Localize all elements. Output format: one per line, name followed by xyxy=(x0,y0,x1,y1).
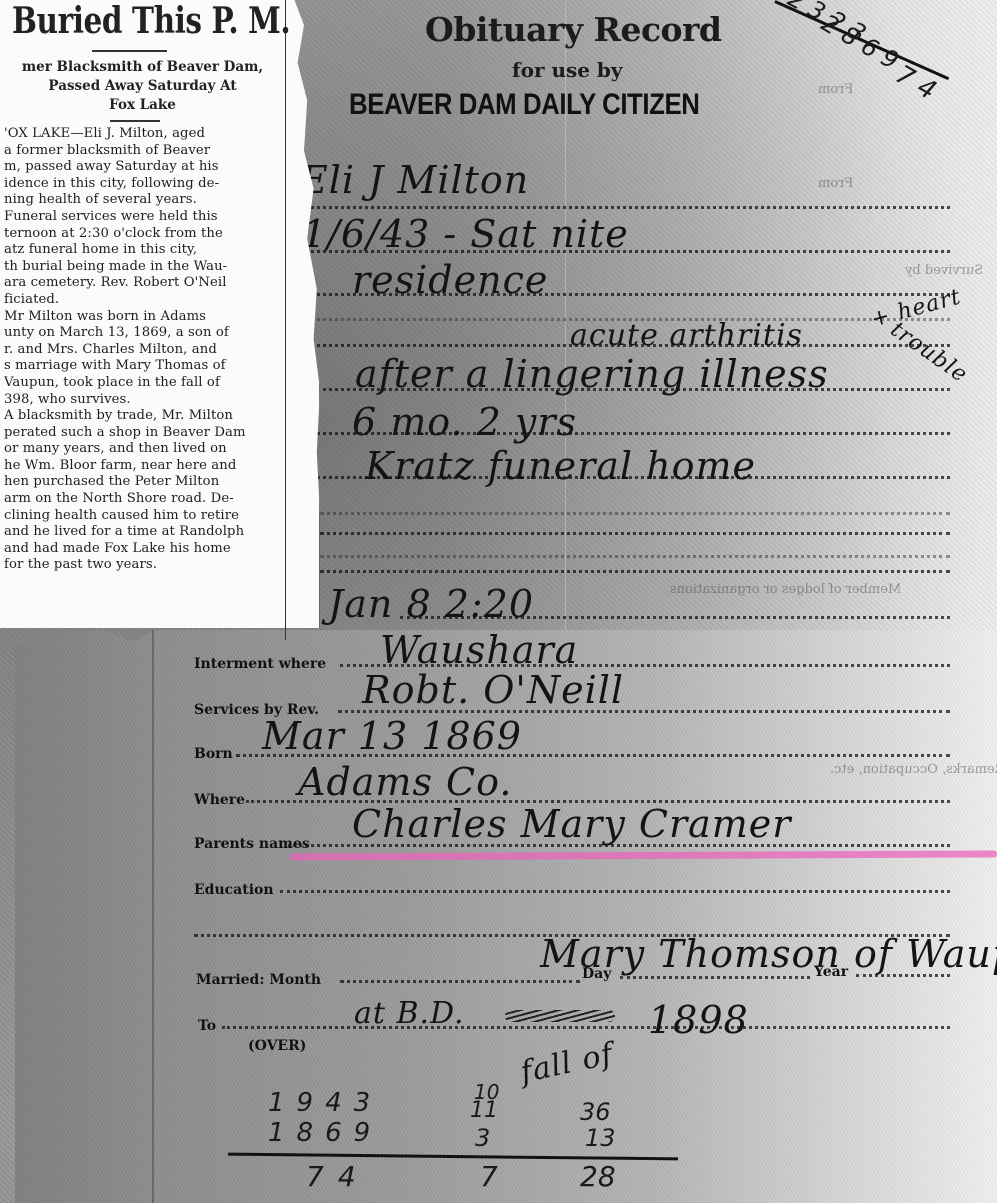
clipping-subhead-1: mer Blacksmith of Beaver Dam, xyxy=(0,58,285,77)
clipping-body: 'OX LAKE—Eli J. Milton, aged a former bl… xyxy=(4,126,284,574)
hw-services: Robt. O'Neill xyxy=(362,668,624,712)
clipping-line: clining health caused him to retire xyxy=(4,508,284,525)
show-through-from-2: From xyxy=(818,176,853,191)
label-to: To xyxy=(198,1018,216,1034)
clipping-line: ternoon at 2:30 o'clock from the xyxy=(4,226,284,243)
form-line xyxy=(300,206,950,209)
clipping-line: and he lived for a time at Randolph xyxy=(4,524,284,541)
label-married-month: Married: Month xyxy=(196,972,321,988)
clipping-line: ara cemetery. Rev. Robert O'Neil xyxy=(4,275,284,292)
to-field-line xyxy=(222,1026,950,1029)
label-education: Education xyxy=(194,882,274,898)
form-line xyxy=(320,532,950,535)
clipping-line: he Wm. Bloor farm, near here and xyxy=(4,458,284,475)
label-over: (OVER) xyxy=(248,1038,306,1054)
fold-crease-lower xyxy=(152,630,154,1203)
clipping-line: hen purchased the Peter Milton xyxy=(4,474,284,491)
hw-married-year: 1898 xyxy=(648,998,749,1042)
clipping-line: unty on March 13, 1869, a son of xyxy=(4,325,284,342)
hw-duration: 6 mo. 2 yrs xyxy=(352,400,577,444)
clipping-headline: Buried This P. M. xyxy=(12,0,290,42)
clipping-line: th burial being made in the Wau- xyxy=(4,259,284,276)
calc-age-months: 7 xyxy=(480,1160,498,1193)
strikethrough-scribble xyxy=(505,1010,615,1022)
hw-funeral-time: Jan 8 2:20 xyxy=(328,582,534,626)
calc-birth-day: 13 xyxy=(585,1124,616,1152)
clipping-line: 'OX LAKE—Eli J. Milton, aged xyxy=(4,126,284,143)
calc-age-days: 28 xyxy=(580,1160,616,1193)
clipping-line: atz funeral home in this city, xyxy=(4,242,284,259)
education-field-line xyxy=(280,890,950,893)
hw-parents: Charles Mary Cramer xyxy=(352,802,791,846)
clipping-line: ning health of several years. xyxy=(4,192,284,209)
label-day: Day xyxy=(582,966,611,982)
hw-interment: Waushara xyxy=(380,628,578,672)
form-line xyxy=(320,570,950,573)
clipping-column-rule xyxy=(285,0,286,640)
calc-birth-month: 3 xyxy=(475,1124,490,1152)
label-born: Born xyxy=(194,746,233,762)
form-title: Obituary Record xyxy=(425,10,722,49)
clipping-line: for the past two years. xyxy=(4,557,284,574)
show-through-survived: Survived by xyxy=(905,263,983,278)
clipping-subhead-2: Passed Away Saturday At xyxy=(0,77,285,96)
hw-place: residence xyxy=(352,258,548,302)
clipping-line: Mr Milton was born in Adams xyxy=(4,309,284,326)
clipping-line: and had made Fox Lake his home xyxy=(4,541,284,558)
calc-death-day: 36 xyxy=(580,1098,611,1126)
clipping-line: r. and Mrs. Charles Milton, and xyxy=(4,342,284,359)
form-line xyxy=(320,555,950,558)
clipping-line: Vaupun, took place in the fall of xyxy=(4,375,284,392)
form-brand: BEAVER DAM DAILY CITIZEN xyxy=(349,88,699,122)
year-field-line xyxy=(856,974,950,977)
clipping-line: m, passed away Saturday at his xyxy=(4,159,284,176)
show-through-member: Member of lodges or organizations xyxy=(670,582,901,597)
clipping-line: arm on the North Shore road. De- xyxy=(4,491,284,508)
clipping-line: a former blacksmith of Beaver xyxy=(4,143,284,160)
clipping-line: ficiated. xyxy=(4,292,284,309)
show-through-remarks: Remarks, Occupation, etc. xyxy=(830,762,997,777)
hw-born: Mar 13 1869 xyxy=(262,714,522,758)
clipping-divider xyxy=(110,120,160,122)
form-line xyxy=(320,512,950,515)
clipping-divider xyxy=(92,50,167,52)
hw-cause: acute arthritis xyxy=(570,318,803,353)
clipping-line: perated such a shop in Beaver Dam xyxy=(4,425,284,442)
hw-funeral-home: Kratz funeral home xyxy=(365,444,756,488)
label-year: Year xyxy=(814,964,848,980)
calc-death-year: 1943 xyxy=(268,1088,382,1118)
calc-death-month: 11 xyxy=(470,1098,498,1123)
clipping-line: 398, who survives. xyxy=(4,392,284,409)
clipping-line: or many years, and then lived on xyxy=(4,441,284,458)
clipping-line: Funeral services were held this xyxy=(4,209,284,226)
clipping-line: A blacksmith by trade, Mr. Milton xyxy=(4,408,284,425)
month-field-line xyxy=(340,980,580,983)
hw-illness: after a lingering illness xyxy=(355,352,829,396)
clipping-subhead-3: Fox Lake xyxy=(0,96,285,115)
hw-where: Adams Co. xyxy=(298,760,512,804)
calc-birth-year: 1869 xyxy=(268,1118,382,1148)
clipping-line: idence in this city, following de- xyxy=(4,176,284,193)
hw-name: Eli J Milton xyxy=(300,158,529,202)
label-interment: Interment where xyxy=(194,656,326,672)
label-where: Where xyxy=(194,792,245,808)
day-field-line xyxy=(620,976,810,979)
calc-age-years: 74 xyxy=(306,1160,370,1193)
hw-death-date: 1/6/43 - Sat nite xyxy=(302,212,629,256)
clipping-line: s marriage with Mary Thomas of xyxy=(4,358,284,375)
show-through-from-1: From xyxy=(818,82,853,97)
form-subtitle: for use by xyxy=(512,58,623,82)
